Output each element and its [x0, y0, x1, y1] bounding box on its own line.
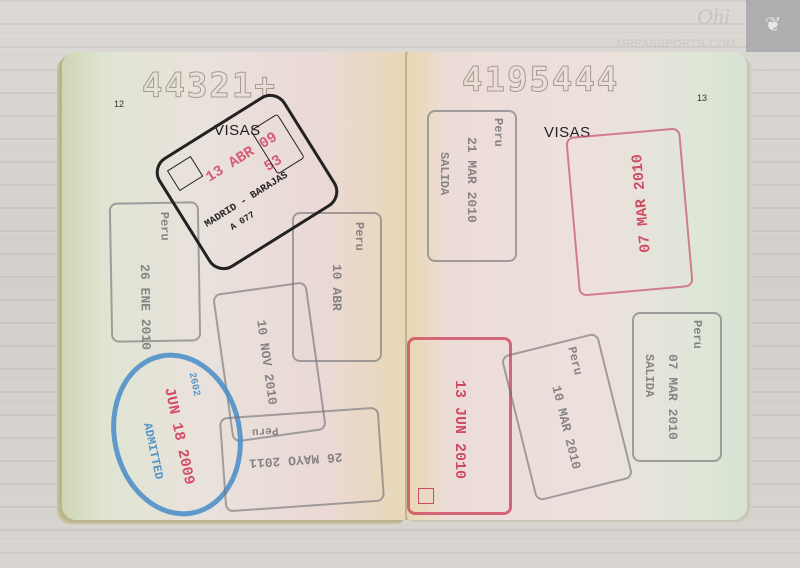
arrival-arrow-icon — [418, 488, 434, 504]
watermark-site: MRPASSPORTS.COM — [616, 38, 736, 50]
passport-page-left: 12 44321+ VISAS 26 ENE 2010 Peru 10 ABR … — [62, 52, 407, 520]
stamp-peru-10mar: 10 MAR 2010 Peru — [500, 332, 633, 502]
watermark-signature: Ohi — [697, 4, 730, 30]
watermark-logo: ❦ — [746, 0, 800, 52]
stamp-peru-07mar: 07 MAR 2010 Peru SALIDA — [632, 312, 722, 462]
airplane-icon — [167, 156, 203, 191]
laurel-wreath-icon: ❦ — [746, 12, 800, 37]
page-number: 13 — [697, 93, 707, 103]
stamp-venezuela-07mar: 07 MAR 2010 — [565, 127, 694, 296]
perforated-number: 4195444 — [462, 60, 619, 100]
stamp-peru-26mayo: 26 MAYO 2011 Peru — [219, 407, 385, 513]
page-number: 12 — [114, 99, 124, 109]
airplane-box-icon — [250, 114, 305, 175]
stamp-peru-21mar: 21 MAR 2010 Peru SALIDA — [427, 110, 517, 262]
open-passport: 12 44321+ VISAS 26 ENE 2010 Peru 10 ABR … — [62, 52, 750, 524]
stamp-venezuela-13jun: 13 JUN 2010 — [407, 337, 512, 515]
passport-page-right: 13 4195444 VISAS 21 MAR 2010 Peru SALIDA… — [407, 52, 747, 520]
